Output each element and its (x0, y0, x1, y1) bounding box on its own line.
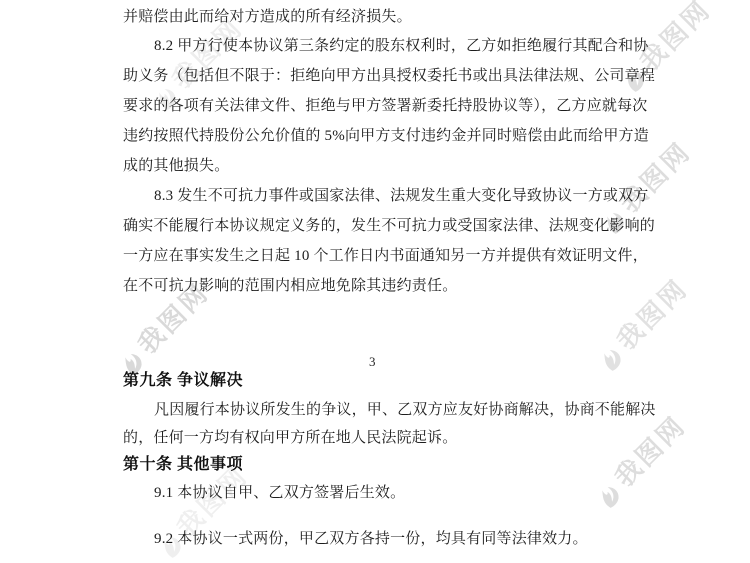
text-line: 确实不能履行本协议规定义务的，发生不可抗力或受国家法律、法规变化影响的 (123, 216, 655, 236)
section-heading: 第十条 其他事项 (123, 455, 243, 475)
document-page: 我图网我图网我图网我图网我图网我图网我图网 并赔偿由此而给对方造成的所有经济损失… (0, 0, 750, 563)
brand-flame-icon (587, 473, 627, 513)
text-line: 要求的各项有关法律文件、拒绝与甲方签署新委托持股协议等），乙方应就每次 (123, 96, 648, 116)
text-line: 8.2 甲方行使本协议第三条约定的股东权利时，乙方如拒绝履行其配合和协 (154, 36, 649, 56)
site-watermark: 我图网 (585, 406, 693, 514)
text-line: 违约按照代持股份公允价值的 5%向甲方支付违约金并同时赔偿由此而给甲方造 (123, 126, 649, 146)
watermark-text: 我图网 (607, 269, 695, 357)
section-heading: 第九条 争议解决 (123, 371, 243, 391)
brand-flame-icon (589, 336, 629, 376)
text-line: 一方应在事实发生之日起 10 个工作日内书面通知另一方并提供有效证明文件， (123, 246, 648, 266)
text-line: 凡因履行本协议所发生的争议，甲、乙双方应友好协商解决，协商不能解决 (154, 400, 656, 420)
text-line: 成的其他损失。 (123, 156, 229, 176)
text-line: 在不可抗力影响的范围内相应地免除其违约责任。 (123, 276, 457, 296)
page-number: 3 (369, 354, 376, 370)
text-line: 8.3 发生不可抗力事件或国家法律、法规发生重大变化导致协议一方或双方 (154, 186, 649, 206)
text-line: 9.1 本协议自甲、乙双方签署后生效。 (154, 483, 405, 503)
text-line: 助义务（包括但不限于：拒绝向甲方出具授权委托书或出具法律法规、公司章程 (123, 66, 655, 86)
text-line: 9.2 本协议一式两份，甲乙双方各持一份，均具有同等法律效力。 (154, 529, 588, 549)
text-line: 的，任何一方均有权向甲方所在地人民法院起诉。 (123, 428, 457, 448)
text-line: 并赔偿由此而给对方造成的所有经济损失。 (123, 7, 412, 27)
site-watermark: 我图网 (587, 269, 695, 377)
